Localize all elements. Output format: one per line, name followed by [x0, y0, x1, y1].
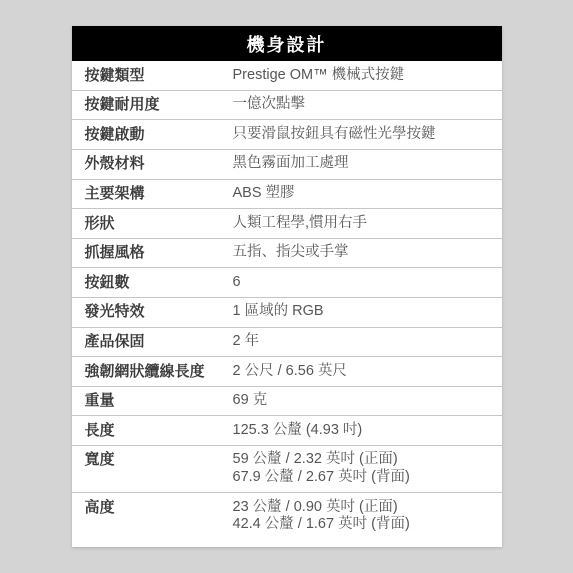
spec-value-line: 五指、指尖或手掌	[233, 244, 492, 262]
spec-label: 按鈕數	[72, 274, 233, 292]
spec-value-line: 67.9 公釐 / 2.67 英吋 (背面)	[233, 469, 492, 487]
spec-label: 主要架構	[72, 185, 233, 203]
spec-value-line: 2 公尺 / 6.56 英尺	[233, 363, 492, 381]
table-row: 按鍵耐用度一億次點擊	[72, 90, 502, 120]
spec-table-header: 機身設計	[72, 26, 502, 61]
spec-value-line: 2 年	[233, 333, 492, 351]
spec-value: 只要滑鼠按鈕具有磁性光學按鍵	[233, 126, 502, 144]
spec-value: 五指、指尖或手掌	[233, 244, 502, 262]
spec-value-line: 1 區域的 RGB	[233, 303, 492, 321]
spec-table: 機身設計 按鍵類型Prestige OM™ 機械式按鍵按鍵耐用度一億次點擊按鍵啟…	[72, 26, 502, 547]
spec-label: 形狀	[72, 215, 233, 233]
table-row: 發光特效1 區域的 RGB	[72, 297, 502, 327]
spec-label: 重量	[72, 392, 233, 410]
spec-label: 高度	[72, 499, 233, 517]
spec-value-line: 只要滑鼠按鈕具有磁性光學按鍵	[233, 126, 492, 144]
spec-value-line: 23 公釐 / 0.90 英吋 (正面)	[233, 499, 492, 517]
spec-value: ABS 塑膠	[233, 185, 502, 203]
spec-value-line: 125.3 公釐 (4.93 吋)	[233, 422, 492, 440]
table-row: 強韌網狀纜線長度2 公尺 / 6.56 英尺	[72, 356, 502, 386]
spec-table-title: 機身設計	[247, 31, 327, 57]
spec-value: Prestige OM™ 機械式按鍵	[233, 67, 502, 85]
table-row: 產品保固2 年	[72, 327, 502, 357]
spec-value: 2 公尺 / 6.56 英尺	[233, 363, 502, 381]
table-row: 按鈕數6	[72, 267, 502, 297]
spec-label: 產品保固	[72, 333, 233, 351]
table-row: 高度23 公釐 / 0.90 英吋 (正面)42.4 公釐 / 1.67 英吋 …	[72, 492, 502, 547]
page-background: 機身設計 按鍵類型Prestige OM™ 機械式按鍵按鍵耐用度一億次點擊按鍵啟…	[0, 0, 573, 573]
spec-label: 按鍵耐用度	[72, 96, 233, 114]
spec-label: 長度	[72, 422, 233, 440]
spec-value: 23 公釐 / 0.90 英吋 (正面)42.4 公釐 / 1.67 英吋 (背…	[233, 499, 502, 534]
spec-value: 人類工程學,慣用右手	[233, 215, 502, 233]
spec-label: 按鍵啟動	[72, 126, 233, 144]
spec-value: 黑色霧面加工處理	[233, 155, 502, 173]
table-row: 外殼材料黑色霧面加工處理	[72, 149, 502, 179]
spec-value: 一億次點擊	[233, 96, 502, 114]
table-row: 主要架構ABS 塑膠	[72, 179, 502, 209]
spec-value: 6	[233, 274, 502, 292]
spec-label: 外殼材料	[72, 155, 233, 173]
spec-label: 強韌網狀纜線長度	[72, 363, 233, 381]
spec-value-line: 人類工程學,慣用右手	[233, 215, 492, 233]
spec-value-line: 一億次點擊	[233, 96, 492, 114]
spec-label: 寬度	[72, 451, 233, 469]
spec-value-line: 69 克	[233, 392, 492, 410]
spec-value: 69 克	[233, 392, 502, 410]
spec-value-line: 6	[233, 274, 492, 292]
spec-value: 1 區域的 RGB	[233, 303, 502, 321]
spec-label: 發光特效	[72, 303, 233, 321]
spec-value-line: 黑色霧面加工處理	[233, 155, 492, 173]
spec-label: 按鍵類型	[72, 67, 233, 85]
spec-value-line: Prestige OM™ 機械式按鍵	[233, 67, 492, 85]
spec-value-line: ABS 塑膠	[233, 185, 492, 203]
spec-label: 抓握風格	[72, 244, 233, 262]
table-row: 按鍵類型Prestige OM™ 機械式按鍵	[72, 61, 502, 90]
spec-value: 59 公釐 / 2.32 英吋 (正面)67.9 公釐 / 2.67 英吋 (背…	[233, 451, 502, 486]
table-row: 形狀人類工程學,慣用右手	[72, 208, 502, 238]
table-row: 抓握風格五指、指尖或手掌	[72, 238, 502, 268]
table-row: 按鍵啟動只要滑鼠按鈕具有磁性光學按鍵	[72, 119, 502, 149]
spec-value: 125.3 公釐 (4.93 吋)	[233, 422, 502, 440]
spec-value-line: 59 公釐 / 2.32 英吋 (正面)	[233, 451, 492, 469]
table-row: 長度125.3 公釐 (4.93 吋)	[72, 415, 502, 445]
table-row: 寬度59 公釐 / 2.32 英吋 (正面)67.9 公釐 / 2.67 英吋 …	[72, 445, 502, 492]
spec-value: 2 年	[233, 333, 502, 351]
spec-table-body: 按鍵類型Prestige OM™ 機械式按鍵按鍵耐用度一億次點擊按鍵啟動只要滑鼠…	[72, 61, 502, 547]
spec-value-line: 42.4 公釐 / 1.67 英吋 (背面)	[233, 516, 492, 534]
table-row: 重量69 克	[72, 386, 502, 416]
